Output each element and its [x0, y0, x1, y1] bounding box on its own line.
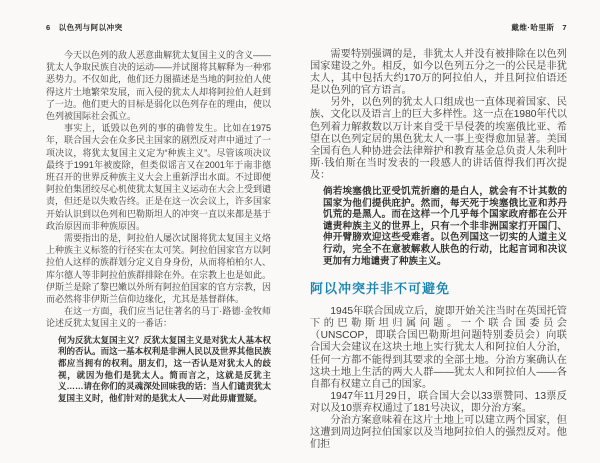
running-title-right: 戴维·哈里斯 [511, 23, 554, 32]
paragraph-arab-racism-label: 需要指出的是，阿拉伯人屡次试图将犹太复国主义烙上种族主义标签的行径实在太可笑。阿… [46, 232, 271, 305]
running-head-right: 戴维·哈里斯7 [310, 22, 567, 32]
running-title-left: 以色列与阿以冲突 [59, 23, 123, 32]
paragraph-mlk-leadin: 在这一方面，我们应当记住著名的马丁·路德·金牧师论述反犹太复国主义的一番话： [46, 305, 271, 329]
paragraph-un-1975-resolution: 事实上，诋毁以色列的事的确曾发生。比如在1975年，联合国大会在众多民主国家的剧… [46, 122, 271, 232]
block-quote-mlk: 何为反犹太复国主义？反犹太复国主义是对犹太人基本权利的否认。而这一基本权利是非洲… [58, 335, 271, 405]
paragraph-jewish-diversity: 另外，以色列的犹太人口组成也一直体现着国家、民族、文化以及语言上的巨大多样性。这… [310, 97, 567, 182]
paragraph-zionism-distortion: 今天以色列的敌人恶意曲解犹太复国主义的含义——犹太人争取民族自决的运动——并试图… [46, 49, 271, 122]
page-number-left: 6 [46, 23, 51, 32]
page-left: 6以色列与阿以冲突 今天以色列的敌人恶意曲解犹太复国主义的含义——犹太人争取民族… [46, 22, 271, 405]
section-heading: 阿以冲突并非不可避免 [310, 278, 567, 297]
paragraph-non-jews-included: 需要特别强调的是，非犹太人并没有被排除在以色列国家建设之外。相反，如今以色列五分… [310, 49, 567, 97]
page-right: 戴维·哈里斯7 需要特别强调的是，非犹太人并没有被排除在以色列国家建设之外。相反… [310, 22, 567, 451]
paragraph-unscop: 1945年联合国成立后，旋即开始关注当时在英国托管下的巴勒斯坦归属问题。一个联合… [310, 306, 567, 391]
page-number-right: 7 [562, 23, 567, 32]
paragraph-partition-rejected: 分治方案意味着在这片土地上可以建立两个国家，但这遭到周边阿拉伯国家以及当地阿拉伯… [310, 415, 567, 451]
paragraph-resolution-181: 1947年11月29日，联合国大会以33票赞同、13票反对以及10票弃权通过了1… [310, 391, 567, 415]
block-quote-chambers: 倘若埃塞俄比亚受饥荒折磨的是白人，就会有不计其数的国家为他们提供庇护。然而，每天… [323, 186, 567, 267]
running-head-left: 6以色列与阿以冲突 [46, 22, 271, 32]
